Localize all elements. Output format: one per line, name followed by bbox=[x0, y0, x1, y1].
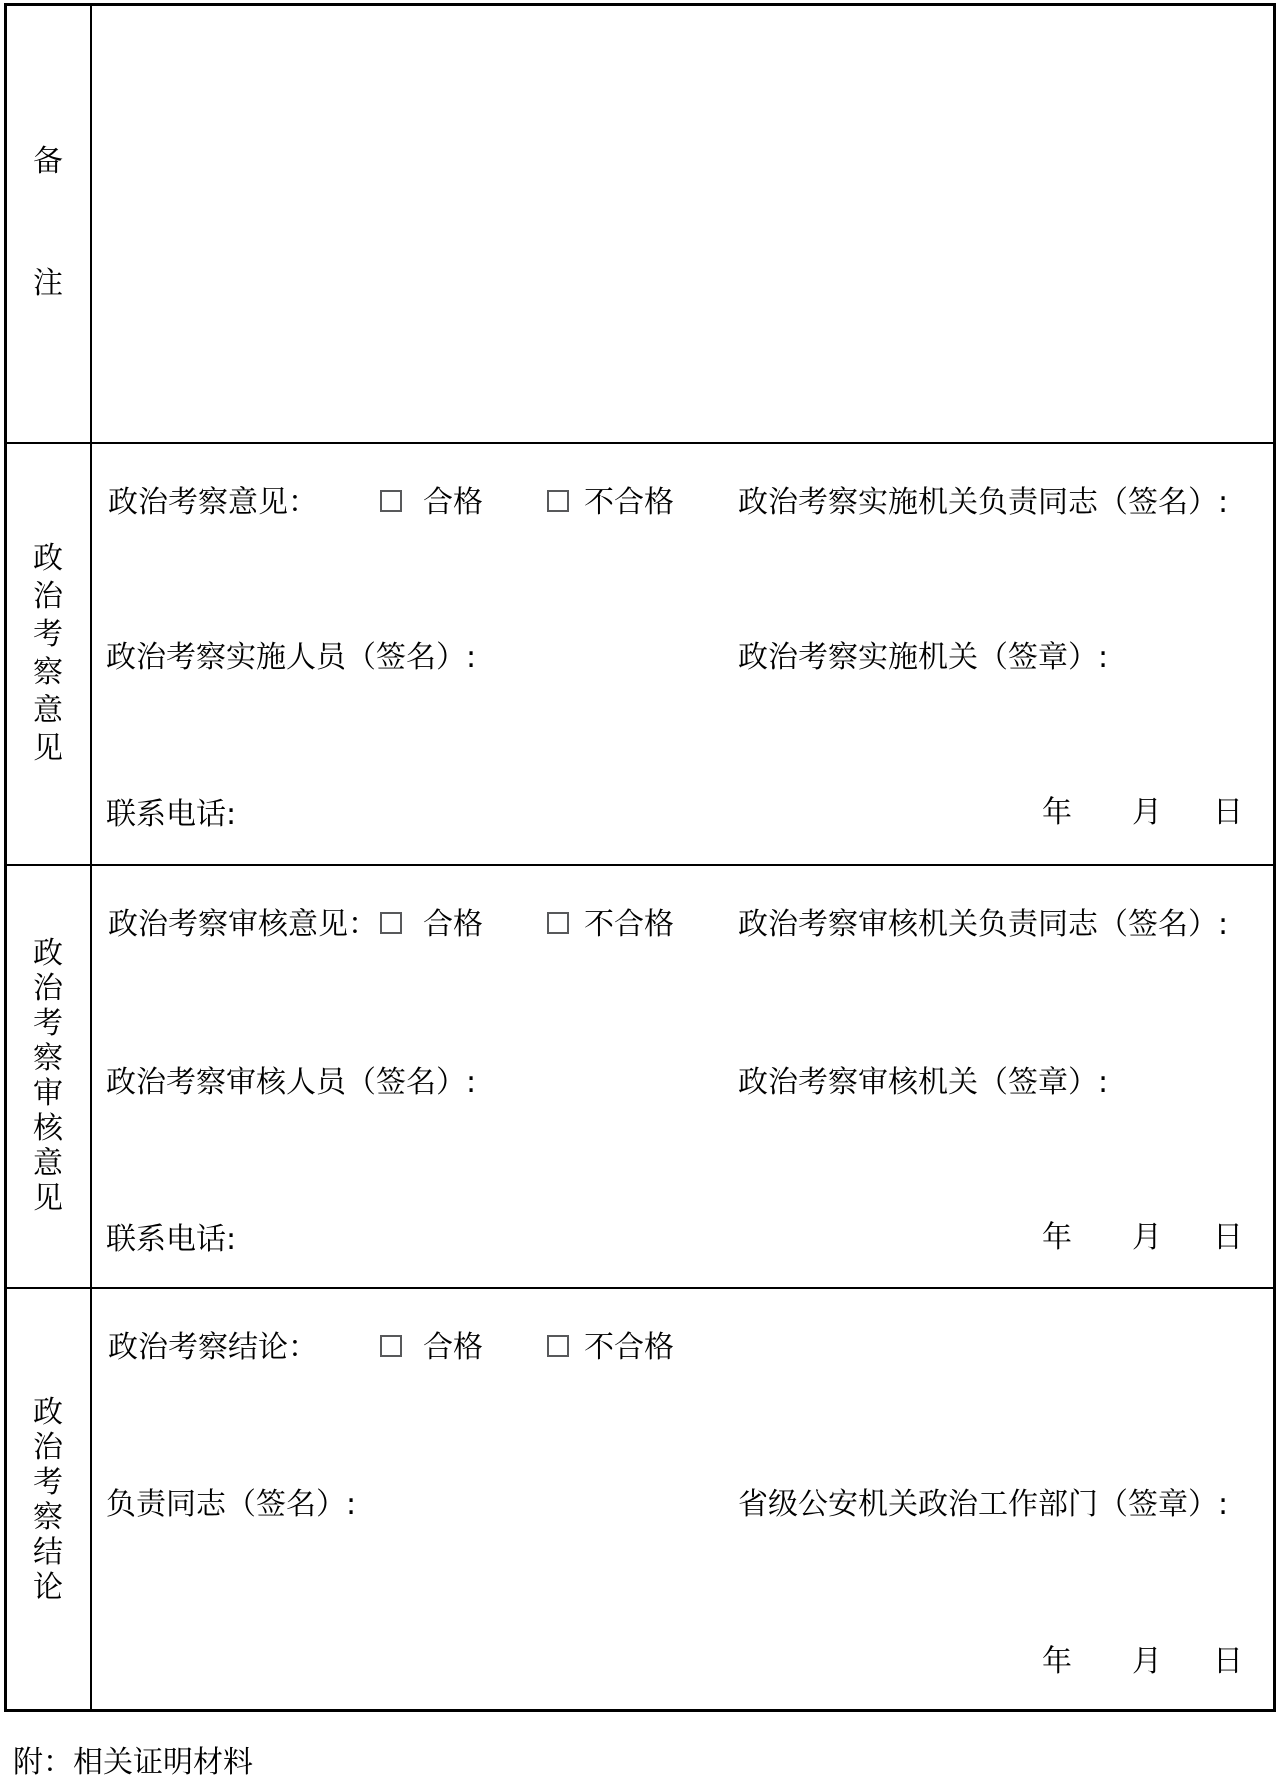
opinion-month-label: 月 bbox=[1132, 798, 1162, 828]
row-header-char: 察 bbox=[33, 1503, 63, 1533]
row-header-char: 治 bbox=[33, 1433, 63, 1463]
row-header-char: 意 bbox=[33, 1149, 63, 1179]
opinion-pass-label: 合格 bbox=[423, 488, 483, 518]
review-pass-label: 合格 bbox=[423, 910, 483, 940]
row-header-opinion: 政 治 考 察 意 见 bbox=[6, 443, 90, 864]
row-header-remarks: 备 注 bbox=[6, 3, 90, 442]
conclusion-fail-label: 不合格 bbox=[584, 1333, 674, 1363]
row-header-char: 考 bbox=[33, 1468, 63, 1498]
row-divider-opinion-review bbox=[7, 864, 1274, 866]
opinion-org-seal-label: 政治考察实施机关（签章）: bbox=[738, 643, 1108, 673]
row-header-char: 察 bbox=[33, 658, 63, 688]
opinion-day-label: 日 bbox=[1213, 798, 1243, 828]
conclusion-chief-signature-label: 负责同志（签名）: bbox=[106, 1490, 356, 1520]
row-header-char: 政 bbox=[33, 544, 63, 574]
review-month-label: 月 bbox=[1132, 1223, 1162, 1253]
row-divider-review-conclusion bbox=[7, 1287, 1274, 1289]
review-fail-checkbox[interactable] bbox=[547, 912, 569, 934]
review-day-label: 日 bbox=[1213, 1223, 1243, 1253]
row-header-char: 核 bbox=[33, 1114, 63, 1144]
attachment-note: 附：相关证明材料 bbox=[13, 1748, 253, 1778]
table-outer-border bbox=[4, 3, 1276, 1712]
review-fail-label: 不合格 bbox=[584, 910, 674, 940]
row-divider-remarks-opinion bbox=[7, 442, 1274, 444]
review-year-label: 年 bbox=[1042, 1223, 1072, 1253]
opinion-year-label: 年 bbox=[1042, 798, 1072, 828]
row-header-char: 备 bbox=[33, 147, 63, 177]
conclusion-month-label: 月 bbox=[1132, 1647, 1162, 1677]
row-header-char: 见 bbox=[33, 734, 63, 764]
row-header-review: 政 治 考 察 审 核 意 见 bbox=[6, 865, 90, 1287]
opinion-chief-signature-label: 政治考察实施机关负责同志（签名）: bbox=[738, 488, 1228, 518]
political-examination-form-page: 备 注 政 治 考 察 意 见 政 治 考 察 审 核 意 见 政 治 考 察 … bbox=[0, 0, 1280, 1781]
row-header-char: 结 bbox=[33, 1538, 63, 1568]
review-phone-label: 联系电话: bbox=[106, 1225, 236, 1255]
review-title-label: 政治考察审核意见： bbox=[108, 910, 378, 940]
row-header-char: 治 bbox=[33, 582, 63, 612]
opinion-fail-label: 不合格 bbox=[584, 488, 674, 518]
opinion-title-label: 政治考察意见： bbox=[108, 488, 318, 518]
row-header-char: 治 bbox=[33, 974, 63, 1004]
opinion-pass-checkbox[interactable] bbox=[380, 490, 402, 512]
row-header-char: 审 bbox=[33, 1079, 63, 1109]
conclusion-pass-label: 合格 bbox=[423, 1333, 483, 1363]
conclusion-day-label: 日 bbox=[1213, 1647, 1243, 1677]
row-header-char: 见 bbox=[33, 1184, 63, 1214]
conclusion-org-seal-label: 省级公安机关政治工作部门（签章）: bbox=[738, 1490, 1228, 1520]
label-column-divider bbox=[90, 6, 92, 1710]
review-org-seal-label: 政治考察审核机关（签章）: bbox=[738, 1068, 1108, 1098]
row-header-char: 论 bbox=[33, 1573, 63, 1603]
review-pass-checkbox[interactable] bbox=[380, 912, 402, 934]
conclusion-title-label: 政治考察结论： bbox=[108, 1333, 318, 1363]
opinion-fail-checkbox[interactable] bbox=[547, 490, 569, 512]
row-header-char: 政 bbox=[33, 939, 63, 969]
opinion-staff-signature-label: 政治考察实施人员（签名）: bbox=[106, 643, 476, 673]
row-header-char: 政 bbox=[33, 1398, 63, 1428]
row-header-char: 注 bbox=[33, 269, 63, 299]
opinion-phone-label: 联系电话: bbox=[106, 800, 236, 830]
row-header-char: 察 bbox=[33, 1044, 63, 1074]
conclusion-fail-checkbox[interactable] bbox=[547, 1335, 569, 1357]
review-staff-signature-label: 政治考察审核人员（签名）: bbox=[106, 1068, 476, 1098]
conclusion-year-label: 年 bbox=[1042, 1647, 1072, 1677]
row-header-char: 考 bbox=[33, 620, 63, 650]
row-header-char: 意 bbox=[33, 696, 63, 726]
row-header-char: 考 bbox=[33, 1009, 63, 1039]
review-chief-signature-label: 政治考察审核机关负责同志（签名）: bbox=[738, 910, 1228, 940]
conclusion-pass-checkbox[interactable] bbox=[380, 1335, 402, 1357]
row-header-conclusion: 政 治 考 察 结 论 bbox=[6, 1288, 90, 1712]
